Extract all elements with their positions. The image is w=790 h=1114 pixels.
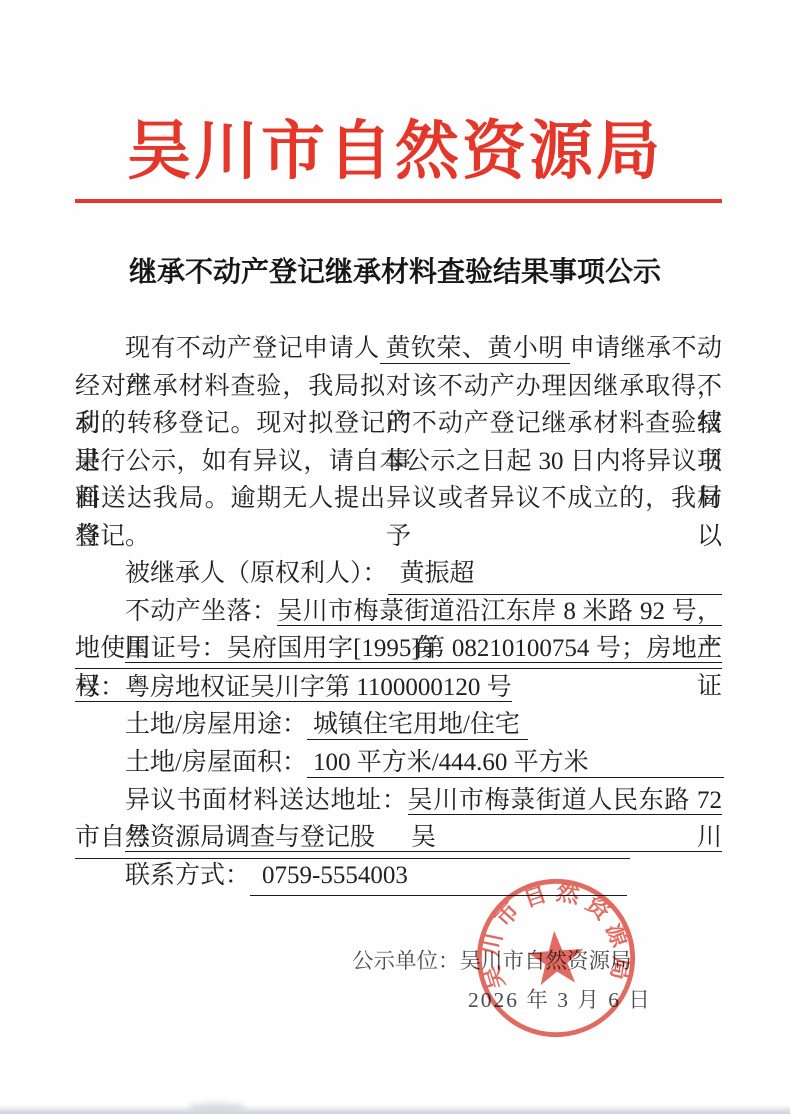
- paragraph-line-2: 经对继承材料查验，我局拟对该不动产办理因继承取得不动产权: [75, 368, 722, 406]
- publishing-unit-line: 公示单位：吴川市自然资源局: [352, 944, 632, 975]
- letterhead-divider-rule: [75, 199, 722, 203]
- objection-address-underlined-continuation: 市自然资源局调查与登记股: [75, 819, 630, 859]
- field-usage: 土地/房屋用途：城镇住宅用地/住宅: [75, 706, 722, 744]
- document-page: 吴川市自然资源局 继承不动产登记继承材料查验结果事项公示 现有不动产登记申请人黄…: [0, 0, 790, 1114]
- applicants-underlined-value: 黄钦荣、黄小明: [380, 335, 570, 364]
- objection-address-label: 异议书面材料送达地址：: [125, 787, 408, 814]
- area-label: 土地/房屋面积：: [125, 749, 307, 776]
- field-objection-address-line-1: 异议书面材料送达地址：吴川市梅菉街道人民东路 72 号吴川: [75, 782, 722, 820]
- publish-date: 2026 年 3 月 6 日: [468, 983, 652, 1014]
- paragraph-line-4: 进行公示，如有异议，请自本公示之日起 30 日内将异议书面材: [75, 443, 722, 481]
- field-area: 土地/房屋面积：100 平方米/444.60 平方米: [75, 744, 722, 782]
- publishing-unit-value: 吴川市自然资源局: [460, 949, 632, 973]
- paragraph-line-5: 料送达我局。逾期无人提出异议或者异议不成立的，我局将予以: [75, 480, 722, 518]
- page-edge-shadow: [0, 1105, 790, 1114]
- decedent-label: 被继承人（原权利人）：: [125, 555, 388, 593]
- area-underlined-value: 100 平方米/444.60 平方米: [307, 749, 724, 778]
- contact-label: 联系方式：: [125, 857, 250, 895]
- field-property-location-line-1: 不动产坐落：吴川市梅菉街道沿江东岸 8 米路 92 号，国有土: [75, 593, 722, 631]
- usage-underlined-value: 城镇住宅用地/住宅: [307, 711, 528, 740]
- notice-body: 现有不动产登记申请人黄钦荣、黄小明申请继承不动产， 经对继承材料查验，我局拟对该…: [75, 330, 722, 894]
- location-label: 不动产坐落：: [125, 598, 277, 625]
- agency-letterhead: 吴川市自然资源局: [0, 100, 790, 192]
- notice-title: 继承不动产登记继承材料查验结果事项公示: [0, 250, 790, 290]
- publishing-unit-label: 公示单位：: [352, 949, 460, 973]
- field-objection-address-line-2: 市自然资源局调查与登记股: [75, 819, 722, 857]
- field-decedent: 被继承人（原权利人）：黄振超: [75, 555, 722, 593]
- field-property-location-line-2: 地使用证号：吴府国用字[1995]第 08210100754 号；房地产权证: [75, 630, 722, 669]
- paragraph-line-1: 现有不动产登记申请人黄钦荣、黄小明申请继承不动产，: [75, 330, 722, 368]
- certificate-underlined-value: 号：粤房地权证吴川字第 1100000120 号: [75, 674, 512, 702]
- usage-label: 土地/房屋用途：: [125, 711, 307, 738]
- decedent-underlined-value: 黄振超: [388, 555, 722, 595]
- body-text-segment: 现有不动产登记申请人: [125, 335, 380, 362]
- contact-underlined-value: 0759-5554003: [250, 857, 627, 897]
- field-contact: 联系方式：0759-5554003: [75, 857, 722, 895]
- paragraph-line-3: 利的转移登记。现对拟登记的不动产登记继承材料查验结果事项: [75, 405, 722, 443]
